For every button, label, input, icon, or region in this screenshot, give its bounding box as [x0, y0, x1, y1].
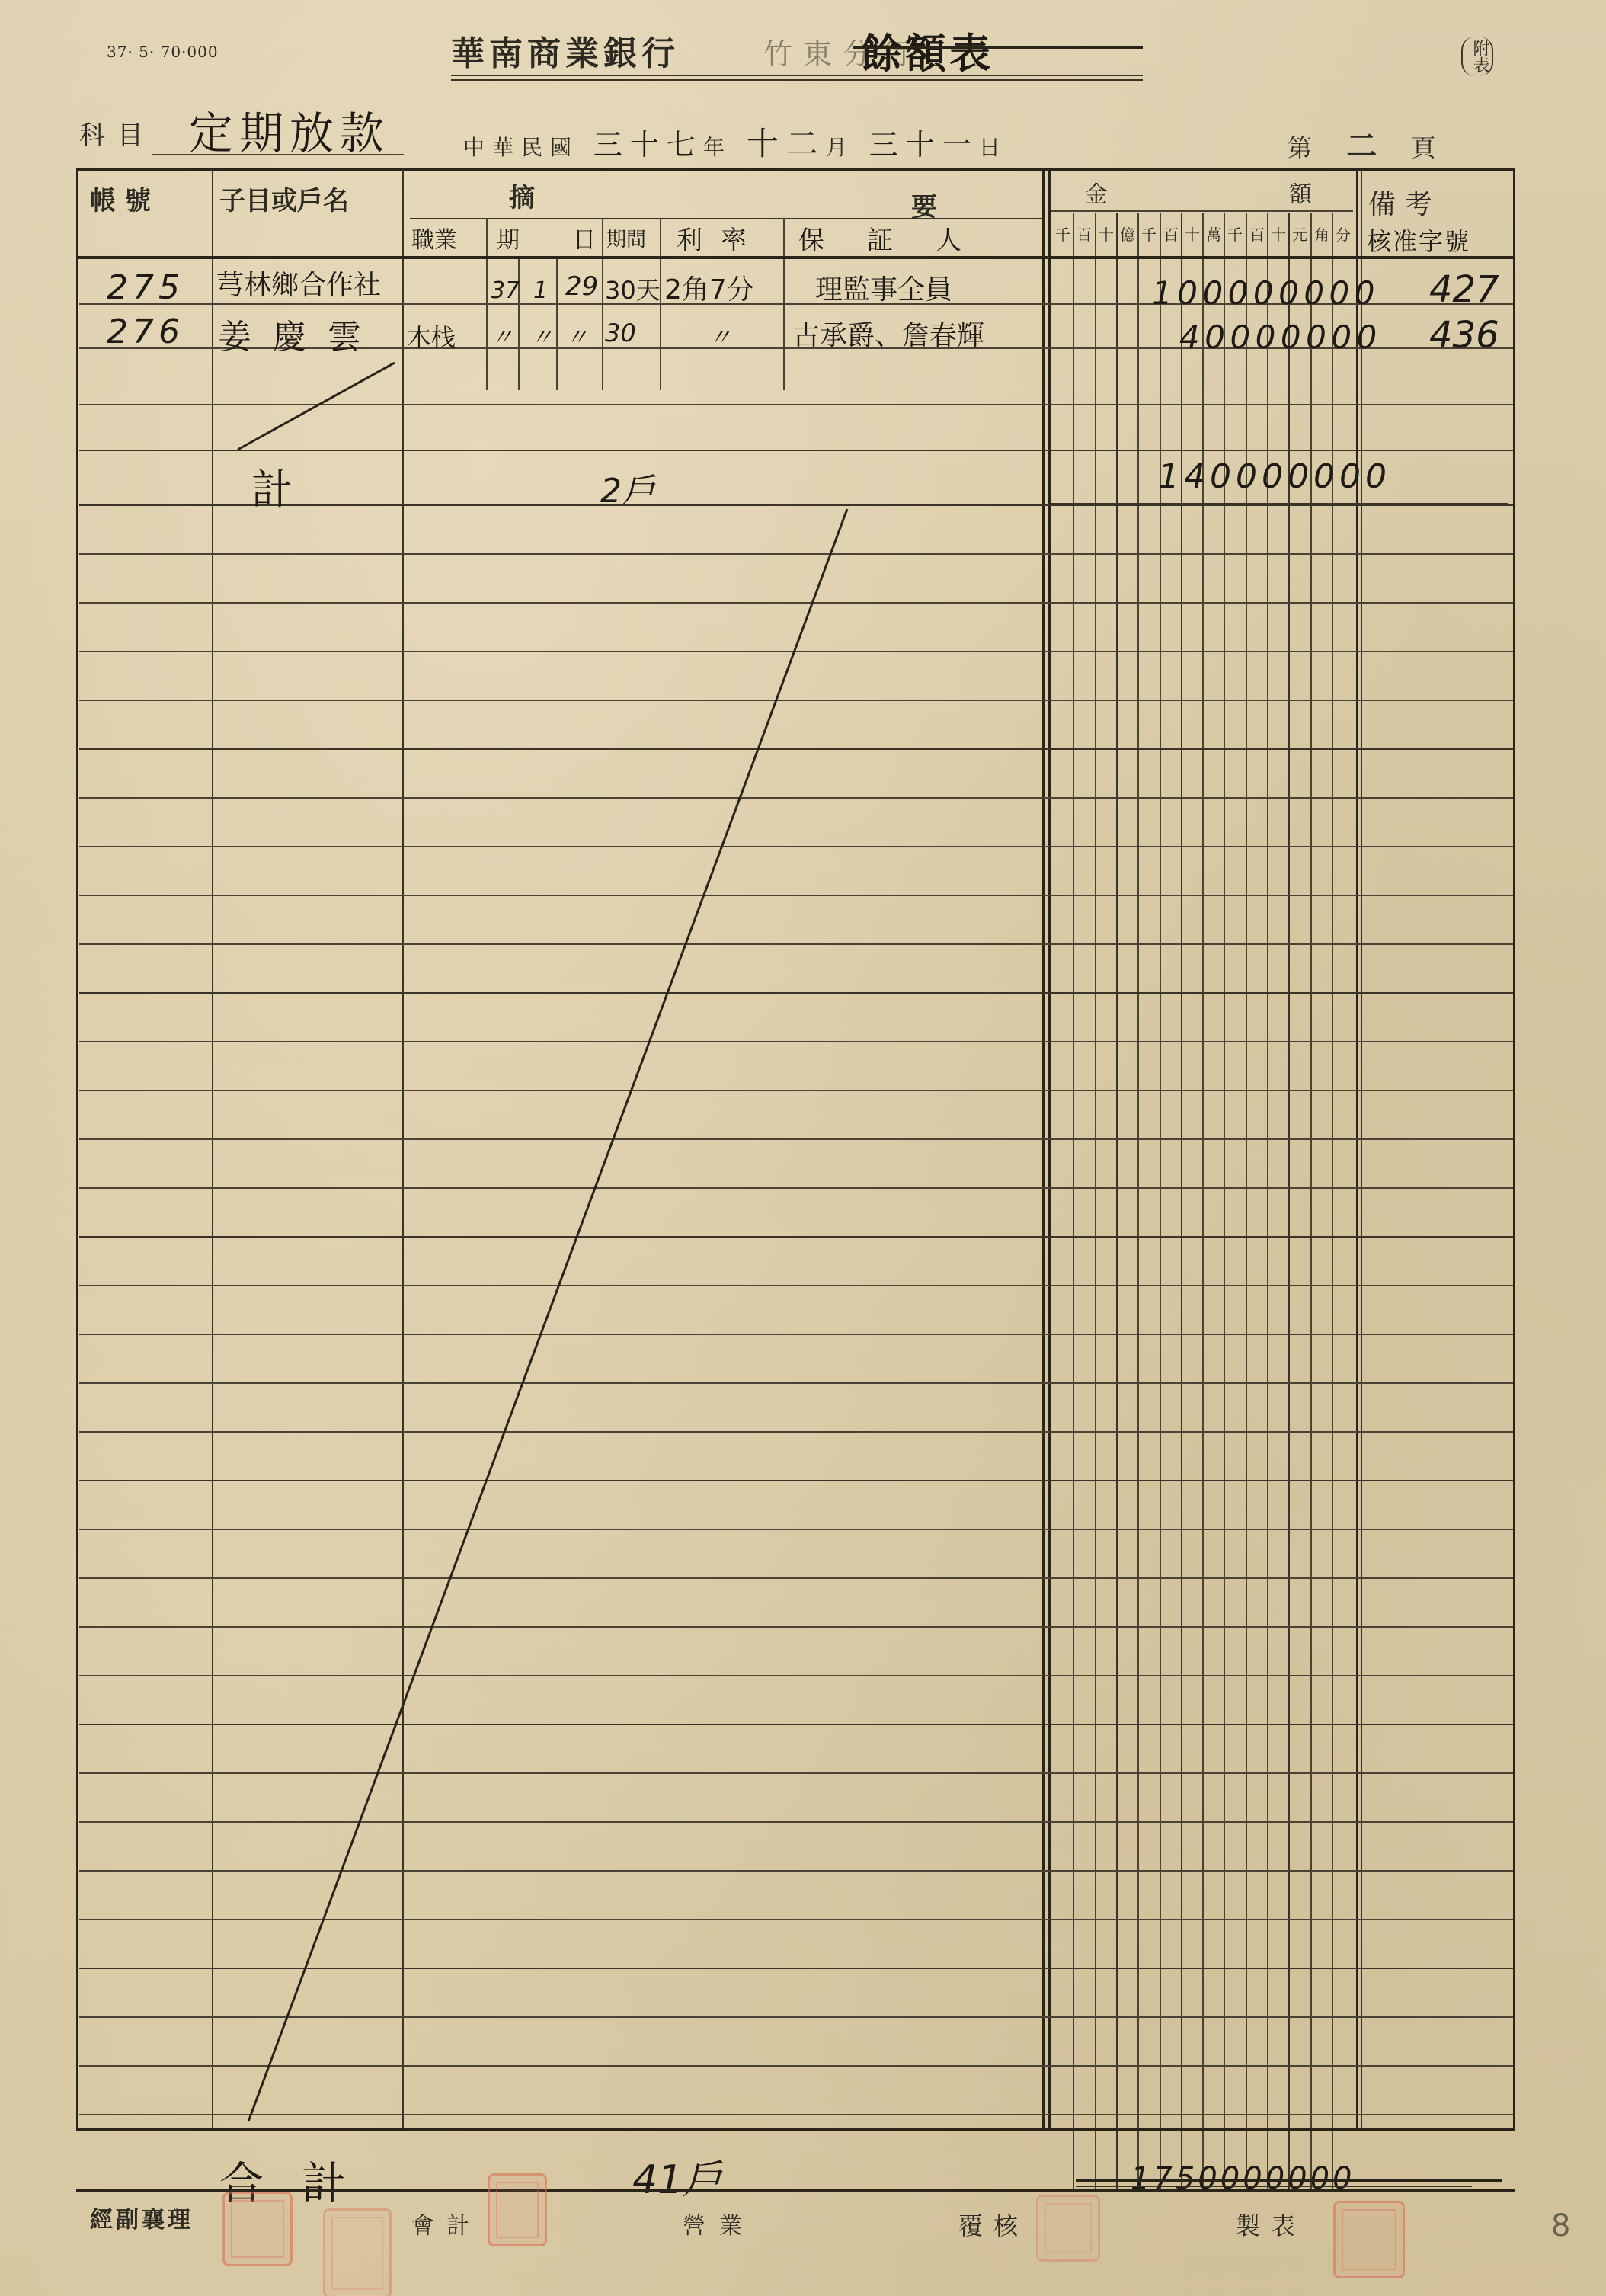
grand-total-strike-2 [1076, 2186, 1472, 2187]
sign-review-label: 覆核 [958, 2207, 1029, 2242]
page-mark: 8 [1551, 2208, 1570, 2243]
sign-preparer-label: 製表 [1236, 2207, 1306, 2242]
subtotal-count: 2戶 [600, 463, 655, 512]
grand-total-strike-1 [1076, 2179, 1502, 2182]
subtotal-double-line [1051, 503, 1508, 504]
sign-manager-label: 經副襄理 [90, 2201, 194, 2234]
seal-preparer [1333, 2201, 1405, 2278]
sign-business-label: 營業 [683, 2207, 756, 2240]
footer-line [76, 2189, 1515, 2192]
strike-lines [0, 0, 1606, 2296]
seal-review [1036, 2195, 1100, 2262]
seal-manager [222, 2192, 293, 2266]
grand-total-count: 41戶 [632, 2147, 722, 2205]
subtotal-label: 計 [251, 457, 293, 516]
seal-manager-2 [323, 2208, 392, 2296]
subtotal-amount: 140000000 [1158, 457, 1391, 496]
table-bottom-border [76, 2128, 1515, 2131]
seal-accounting [488, 2173, 547, 2246]
sign-accounting-label: 會計 [411, 2207, 481, 2240]
